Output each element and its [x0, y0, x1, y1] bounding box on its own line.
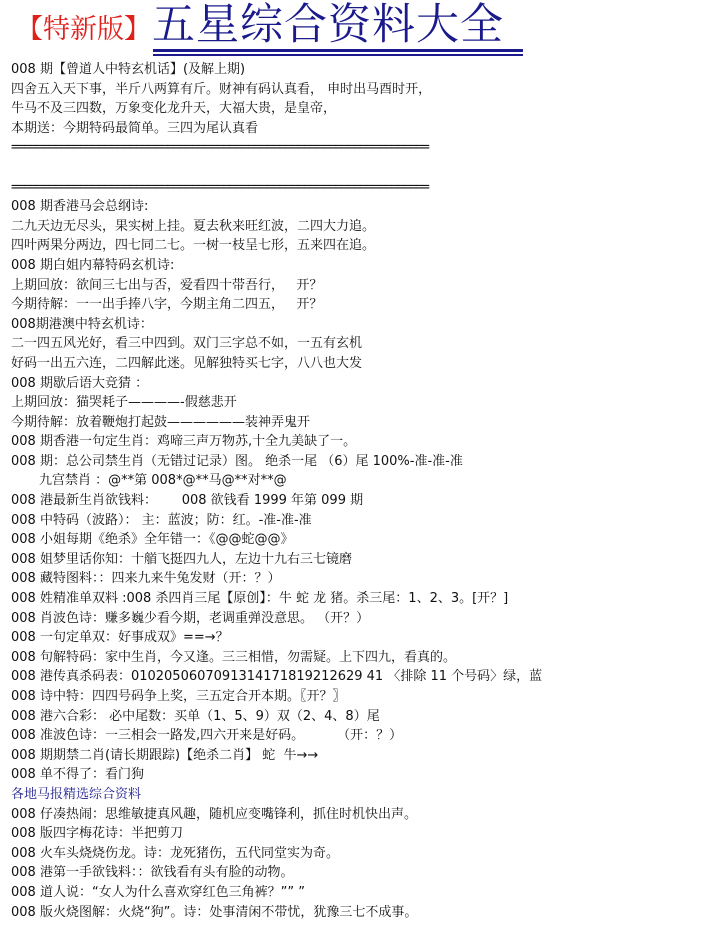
blank-line: [11, 158, 711, 178]
edition-label: 【特新版】: [16, 14, 151, 46]
document-body: 008 期【曾道人中特玄机话】(及解上期) 四舍五入天下事，半斤八两算有斤。财神…: [11, 60, 711, 922]
intro-line: 008 期【曾道人中特玄机话】(及解上期): [11, 60, 711, 80]
main-line: 008 期：总公司禁生肖（无错过记录）图。 绝杀一尾 （6）尾 100%-准-准…: [11, 452, 711, 472]
main-line: 008 诗中特：四四号码争上奖，三五定合开本期。〖开？〗: [11, 687, 711, 707]
main-line: 九宫禁肖 ：@**第 008*@**马@**对**@: [11, 471, 711, 491]
page-header: 【特新版】 五星综合资料大全: [0, 0, 713, 60]
main-line: 008 中特码（波路）： 主：蓝波；防：红。-准-准-准: [11, 511, 711, 531]
underline-top: [153, 49, 523, 52]
regional-line: 008 火车头烧烧伤龙。诗：龙死猪伤，五代同堂实为奇。: [11, 844, 711, 864]
main-line: 008 小姐每期《绝杀》全年错一：《@@蛇@@》: [11, 530, 711, 550]
regional-line: 008 版火烧图解：火烧“狗”。诗：处事清闲不带忧，犹豫三七不成事。: [11, 903, 711, 923]
intro-line: 牛马不及三四数，万象变化龙升天，大福大贵，是皇帝，: [11, 99, 711, 119]
main-line: 008 期歇后语大竞猜 ：: [11, 374, 711, 394]
main-line: 008 一句定单双：好事成双》==→？: [11, 628, 711, 648]
main-line: 二九天边无尽头，果实树上挂。夏去秋来旺红波，二四大力追。: [11, 217, 711, 237]
main-line: 四叶两果分两边，四七同二七。一树一枝呈七形，五来四在追。: [11, 236, 711, 256]
regional-line: 008 版四字梅花诗：半把剪刀: [11, 824, 711, 844]
regional-section: 各地马报精选综合资料 008 仔凑热闹：思维敏捷真风趣，随机应变嘴锋利，抓住时机…: [11, 785, 711, 922]
main-line: 上期回放：欲间三七出与否，爱看四十带吾行， 开？: [11, 276, 711, 296]
main-line: 008 港六合彩： 必中尾数：买单（1、5、9）双（2、4、8）尾: [11, 707, 711, 727]
separator-line: ========================================…: [11, 178, 541, 198]
main-line: 今期待解：放着鞭炮打起鼓——————装神弄鬼开: [11, 413, 711, 433]
separator-line: ========================================…: [11, 138, 541, 158]
underline-bottom: [153, 54, 523, 56]
main-line: 008 肖波色诗：赚多巍少看今期，老调重弹没意思。 （开？）: [11, 609, 711, 629]
main-line: 008 港传真杀码表：0102050607091314171819212629 …: [11, 667, 711, 687]
main-line: 好码一出五六连，二四解此迷。见解独特买七字，八八也大发: [11, 354, 711, 374]
intro-line: 四舍五入天下事，半斤八两算有斤。财神有码认真看， 申时出马酉时开，: [11, 80, 711, 100]
main-line: 二一四五风光好，看三中四到。双门三字总不如，一五有玄机: [11, 334, 711, 354]
page-title: 五星综合资料大全: [152, 0, 504, 50]
main-line: 008 句解特码：家中生肖，今又逢。三三相惜，勿需疑。上下四九，看真的。: [11, 648, 711, 668]
main-line: 今期待解：一一出手捧八字，今期主角二四五， 开？: [11, 295, 711, 315]
main-line: 008 藏特图料：：四来九来牛兔发财（开：？）: [11, 569, 711, 589]
section-heading: 各地马报精选综合资料: [11, 785, 711, 805]
regional-line: 008 仔凑热闹：思维敏捷真风趣，随机应变嘴锋利，抓住时机快出声。: [11, 805, 711, 825]
main-section: 008 期香港马会总纲诗: 二九天边无尽头，果实树上挂。夏去秋来旺红波，二四大力…: [11, 197, 711, 785]
main-line: 008 港最新生肖欲钱料： 008 欲钱看 1999 年第 099 期: [11, 491, 711, 511]
main-line: 008 姓精准单双料 :008 杀四肖三尾【原创】：牛 蛇 龙 猪。杀三尾：1、…: [11, 589, 711, 609]
main-line: 008 期期禁二肖(请长期跟踪)【绝杀二肖】 蛇 牛→→: [11, 746, 711, 766]
main-line: 008 期白姐内幕特码玄机诗:: [11, 256, 711, 276]
main-line: 008 期香港马会总纲诗:: [11, 197, 711, 217]
regional-line: 008 港第一手欲钱料：：欲钱看有头有脸的动物。: [11, 863, 711, 883]
main-line: 上期回放：猫哭耗子————-假慈悲开: [11, 393, 711, 413]
title-double-underline: [153, 49, 523, 57]
main-line: 008 姐梦里话你知：十艏飞挺四九人，左边十九右三七镜磨: [11, 550, 711, 570]
intro-section: 008 期【曾道人中特玄机话】(及解上期) 四舍五入天下事，半斤八两算有斤。财神…: [11, 60, 711, 138]
main-line: 008 期香港一句定生肖：鸡啼三声万物苏,十全九美缺了一。: [11, 432, 711, 452]
main-line: 008 准波色诗：一三相会一路发,四六开来是好码。 （开：？）: [11, 726, 711, 746]
main-line: 008 单不得了：看门狗: [11, 765, 711, 785]
main-line: 008期港澳中特玄机诗：: [11, 315, 711, 335]
regional-line: 008 道人说：“女人为什么喜欢穿红色三角裤？”” ”: [11, 883, 711, 903]
intro-line: 本期送：今期特码最简单。三四为尾认真看: [11, 119, 711, 139]
